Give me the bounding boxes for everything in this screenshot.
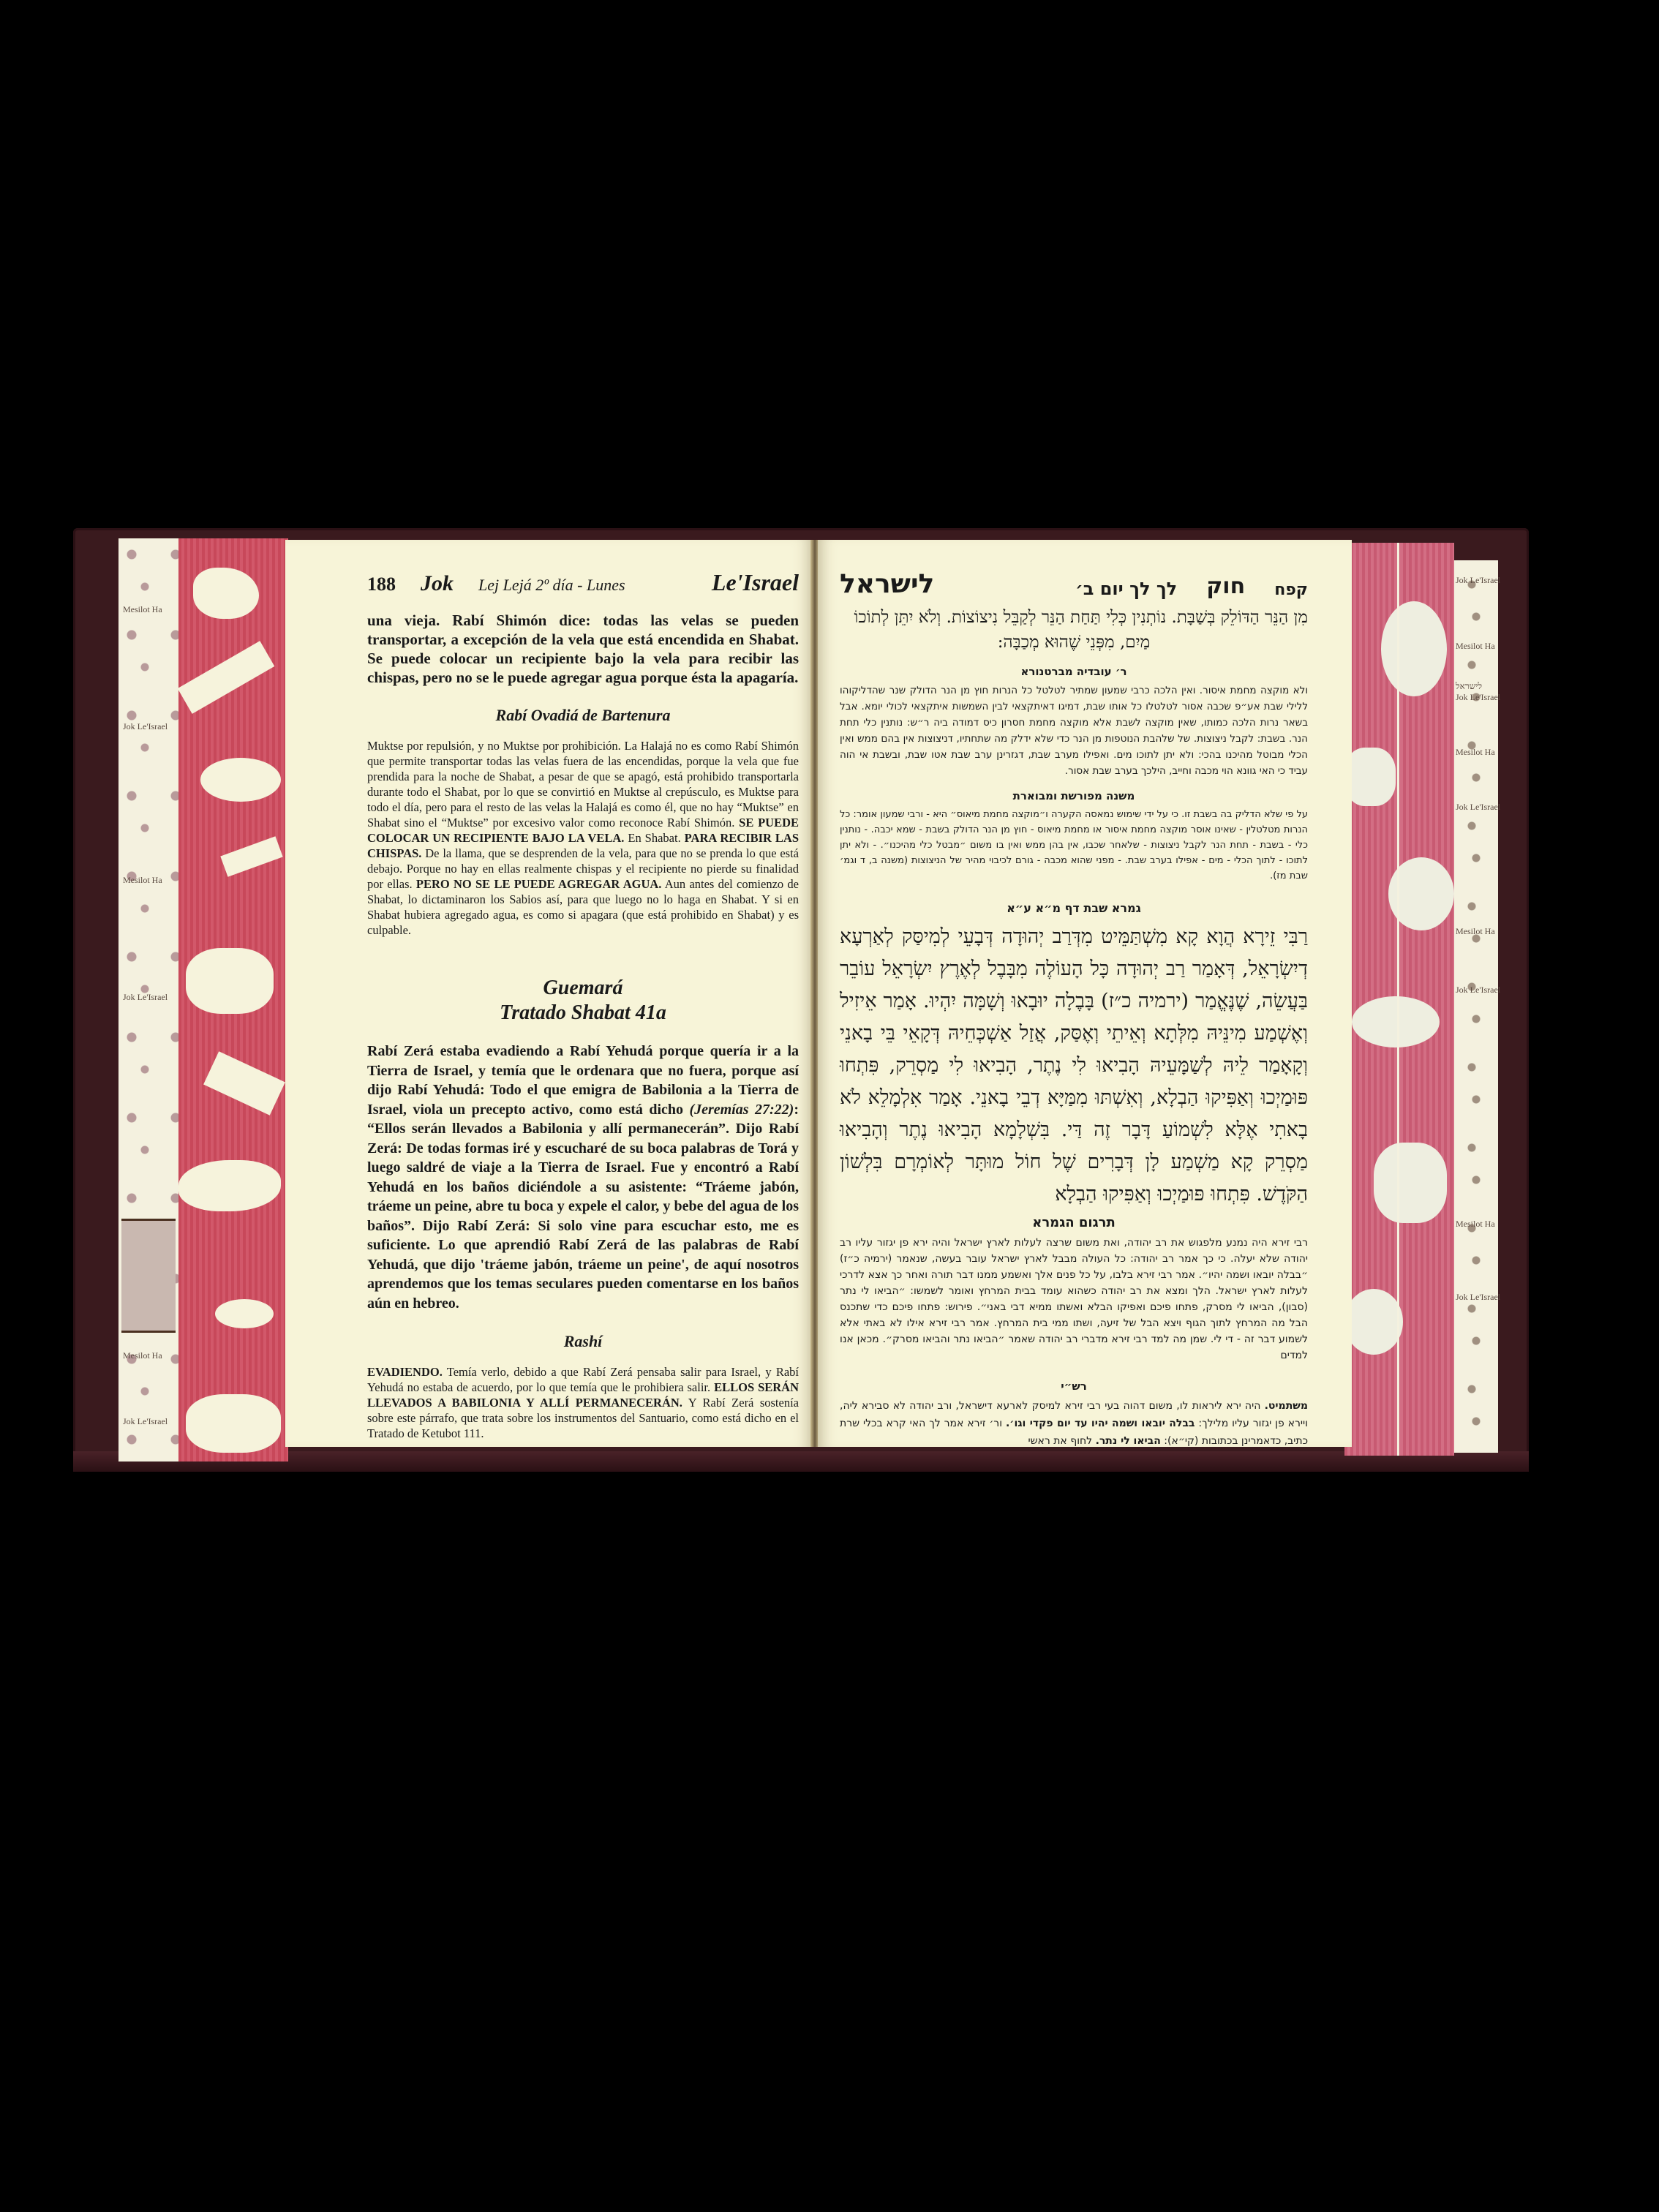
left-page: 188 Jok Lej Lejá 2º día - Lunes Le'Israe… (285, 540, 812, 1447)
mishna-mevoeret-text: על פי שלא הדליק בה בשבת זו. כי על ידי שי… (840, 807, 1308, 884)
edge-label: Mesilot Ha (1456, 1219, 1495, 1230)
targum-text: רבי זירא היה נמנע מלפגוש את רב יהודה, וא… (840, 1235, 1308, 1363)
edge-label: Jok Le'Israel (1456, 802, 1500, 813)
book-title-right: Le'Israel (712, 569, 799, 596)
running-head-hebrew: קפח חוק לך לך יום ב׳ לישראל (840, 569, 1308, 599)
section-subtitle-tratado: Tratado Shabat 41a (367, 1001, 799, 1026)
book-title-right-hebrew: לישראל (840, 569, 934, 599)
gemara-hebrew: רַבִּי זֵירָא הֲוָא קָא מִשְׁתַּמֵּיט מִ… (840, 921, 1308, 1211)
section-title-bartenura: Rabí Ovadiá de Bartenura (367, 706, 799, 725)
edge-label: Mesilot Ha (1456, 747, 1495, 758)
edge-label: Jok Le'Israel (1456, 575, 1500, 586)
bartenura-commentary: Muktse por repulsión, y no Muktse por pr… (367, 738, 799, 938)
right-page: קפח חוק לך לך יום ב׳ לישראל מִן הַנֵּר ה… (818, 540, 1352, 1447)
guemara-translation: Rabí Zerá estaba evadiendo a Rabí Yehudá… (367, 1042, 799, 1313)
book-cover-bottom-edge (73, 1451, 1529, 1472)
book-title-hebrew: חוק (1206, 573, 1245, 599)
edge-label: Jok Le'Israel (123, 721, 168, 732)
section-title-mishna-mevoeret: משנה מפורשת ומבוארת (840, 789, 1308, 802)
edge-label: Jok Le'Israel (1456, 692, 1500, 703)
edge-label: Mesilot Ha (1456, 641, 1495, 652)
section-title-targum: תרגום הגמרא (840, 1215, 1308, 1230)
edge-label: לישראל (1456, 681, 1482, 692)
parasha-day: Lej Lejá 2º día - Lunes (478, 576, 625, 595)
section-title-gemara: גמרא שבת דף מ״א ע״א (840, 901, 1308, 915)
edge-label: Mesilot Ha (123, 604, 162, 615)
bartenura-hebrew: ולא מוקצה מחמת איסור. ואין הלכה כרבי שמע… (840, 682, 1308, 779)
mishna-hebrew: מִן הַנֵּר הַדּוֹלֵק בְּשַׁבָּת. נוֹתְנִ… (840, 605, 1308, 630)
edge-label: Jok Le'Israel (123, 992, 168, 1003)
edge-ornament-icon (121, 1219, 176, 1333)
page-number-hebrew: קפח (1274, 581, 1308, 599)
mishna-translation: una vieja. Rabí Shimón dice: todas las v… (367, 611, 799, 687)
left-red-stamp-pattern (178, 538, 288, 1461)
open-book: Mesilot Ha Jok Le'Israel Mesilot Ha Jok … (73, 528, 1529, 1472)
parasha-day-hebrew: לך לך יום ב׳ (1075, 579, 1177, 599)
page-number: 188 (367, 573, 396, 595)
right-red-stamp-pattern (1344, 543, 1454, 1456)
edge-label: Jok Le'Israel (1456, 1292, 1500, 1303)
edge-label: Mesilot Ha (1456, 926, 1495, 937)
right-page-edge-pattern: Jok Le'Israel Mesilot Ha לישראל Jok Le'I… (1454, 560, 1498, 1453)
running-head: 188 Jok Lej Lejá 2º día - Lunes Le'Israe… (367, 569, 799, 596)
rashi-commentary: EVADIENDO. Temía verlo, debido a que Rab… (367, 1364, 799, 1441)
rashi-hebrew: משתמיט. היה ירא ליראות לו, משום דהוה בעי… (840, 1397, 1308, 1450)
section-title-bartenura-hebrew: ר׳ עובדיה מברטנורא (840, 665, 1308, 678)
edge-label: Mesilot Ha (123, 875, 162, 886)
edge-label: Jok Le'Israel (123, 1416, 168, 1427)
section-title-guemara: Guemará (367, 976, 799, 1001)
edge-label: Jok Le'Israel (1456, 985, 1500, 996)
mishna-hebrew-end: מַיִם, מִפְּנֵי שֶׁהוּא מְכַבָּה: (840, 630, 1308, 655)
section-title-rashi-hebrew: רש״י (840, 1380, 1308, 1393)
book-title: Jok (421, 571, 454, 596)
edge-label: Mesilot Ha (123, 1350, 162, 1361)
section-title-rashi: Rashí (367, 1332, 799, 1351)
left-page-edge-pattern: Mesilot Ha Jok Le'Israel Mesilot Ha Jok … (118, 538, 178, 1461)
